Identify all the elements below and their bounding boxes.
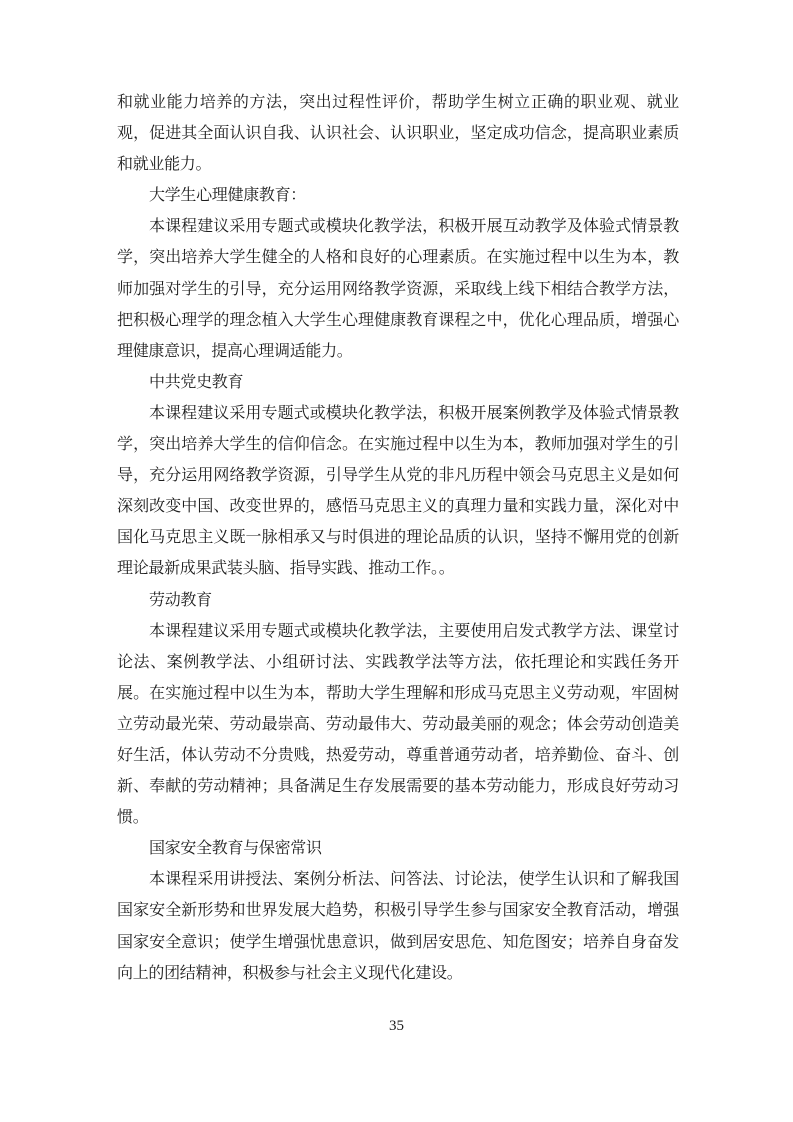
section-heading-national-security: 国家安全教育与保密常识	[117, 833, 679, 864]
paragraph-continuation: 和就业能力培养的方法，突出过程性评价，帮助学生树立正确的职业观、就业观，促进其全…	[117, 87, 679, 180]
paragraph-mental-health: 本课程建议采用专题式或模块化教学法，积极开展互动教学及体验式情景教学，突出培养大…	[117, 211, 679, 366]
paragraph-party-history: 本课程建议采用专题式或模块化教学法，积极开展案例教学及体验式情景教学，突出培养大…	[117, 398, 679, 585]
page-number: 35	[0, 1016, 793, 1036]
section-heading-labor-education: 劳动教育	[117, 585, 679, 616]
section-heading-party-history: 中共党史教育	[117, 367, 679, 398]
paragraph-national-security: 本课程采用讲授法、案例分析法、问答法、讨论法，使学生认识和了解我国国家安全新形势…	[117, 864, 679, 988]
section-heading-mental-health: 大学生心理健康教育：	[117, 180, 679, 211]
document-body: 和就业能力培养的方法，突出过程性评价，帮助学生树立正确的职业观、就业观，促进其全…	[117, 87, 679, 989]
document-page: 和就业能力培养的方法，突出过程性评价，帮助学生树立正确的职业观、就业观，促进其全…	[0, 0, 793, 1122]
paragraph-labor-education: 本课程建议采用专题式或模块化教学法，主要使用启发式教学方法、课堂讨论法、案例教学…	[117, 616, 679, 834]
